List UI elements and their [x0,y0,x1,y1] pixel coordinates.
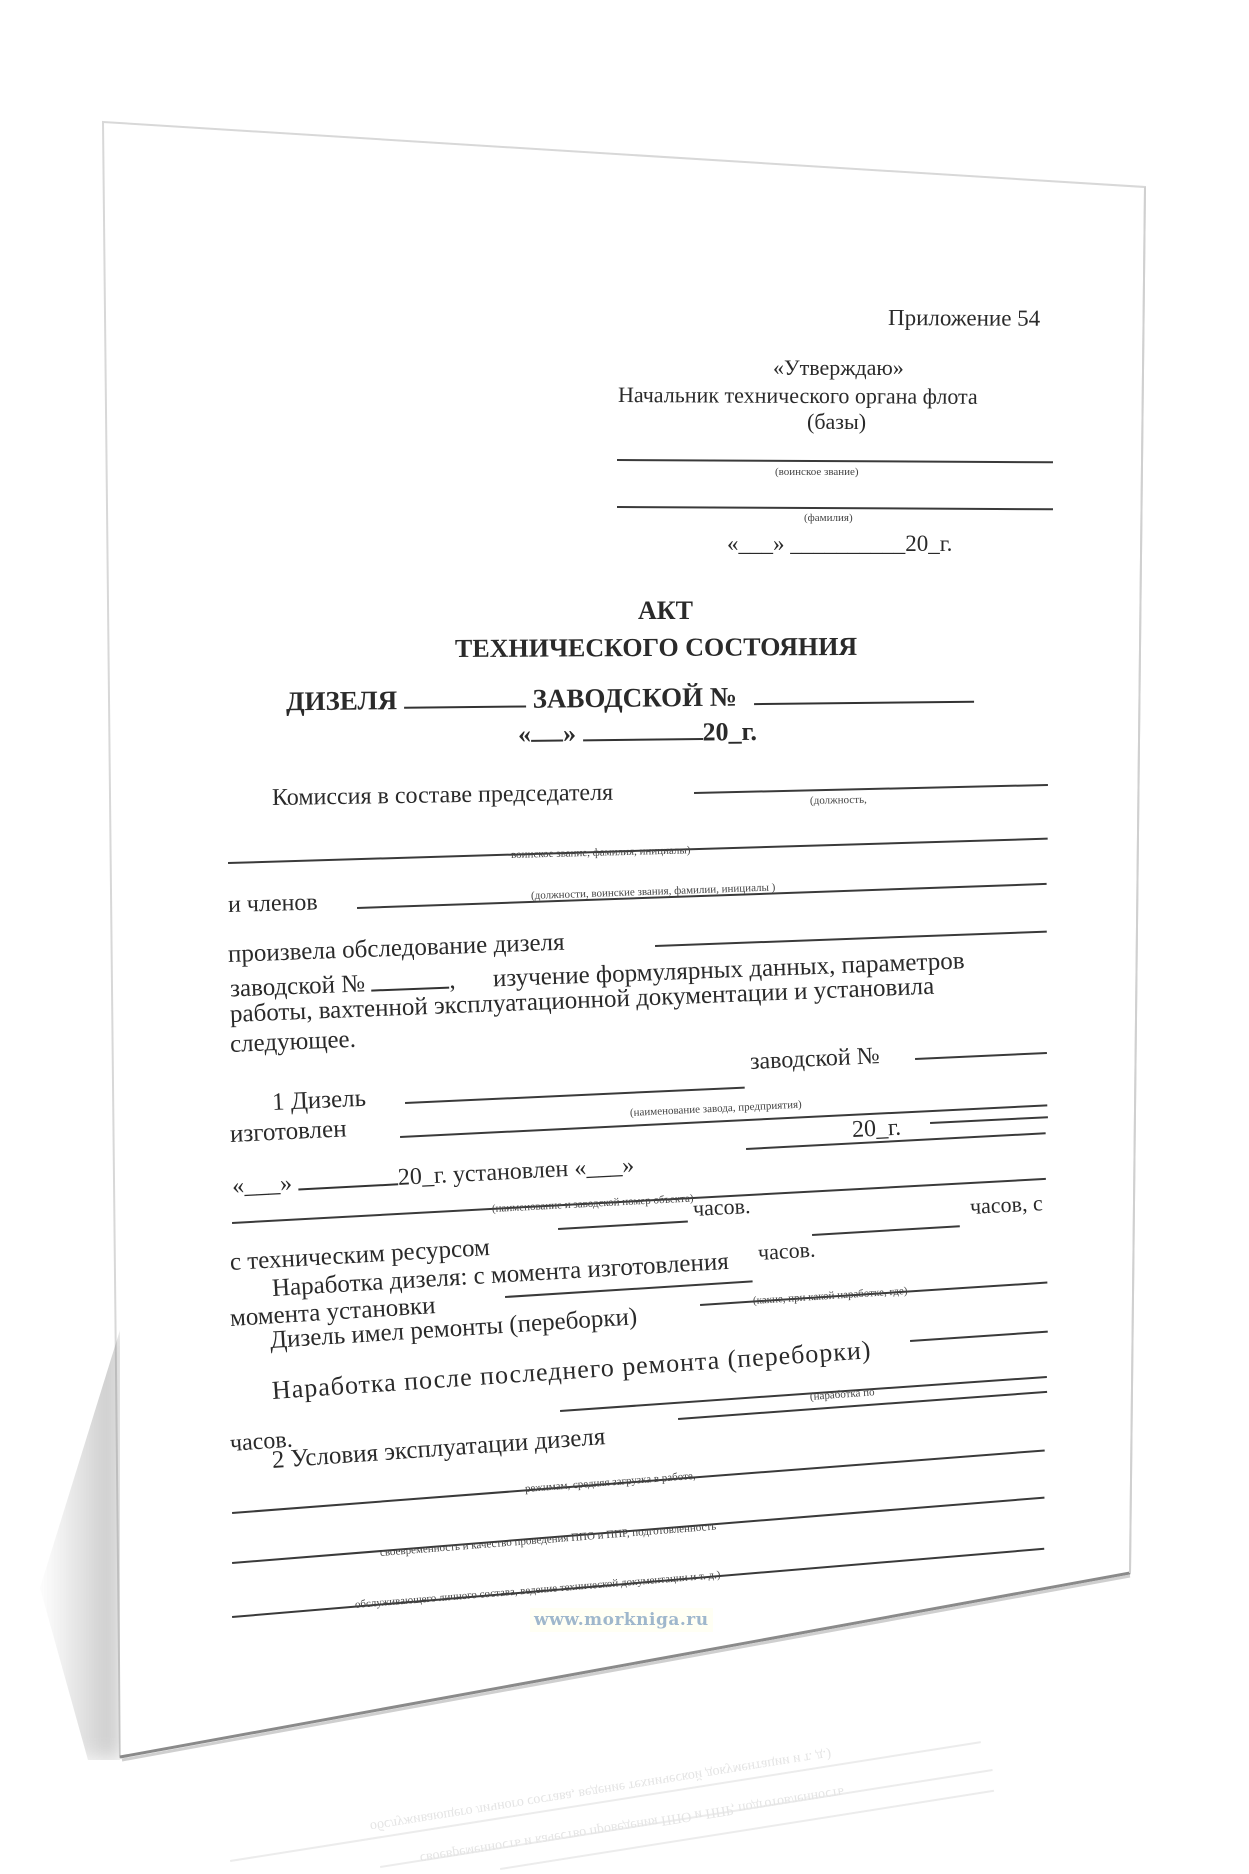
hours-from-text: часов, с [969,1192,1043,1218]
factory-no-field[interactable] [753,677,973,706]
paper-outline [0,0,1249,1874]
factory-no-label: ЗАВОДСКОЙ № [532,682,737,714]
members-text: и членов [228,890,318,916]
factory-no-body-field[interactable] [371,964,450,991]
doc-title-act: АКТ [638,598,693,624]
rank-caption: (воинское звание) [775,467,859,478]
approval-date: «___» __________20_г. [727,532,952,555]
position-caption: (должность, [810,795,867,807]
approver-position: Начальник технического органа флота [618,384,978,408]
doc-title-date: «» 20_г. [518,714,757,747]
hours2-text: часов. [757,1239,816,1264]
appendix-label: Приложение 54 [888,306,1040,330]
watermark[interactable]: www.morkniga.ru [530,1608,713,1632]
approver-position-base: (базы) [807,411,866,433]
document-sheet: Приложение 54 «Утверждаю» Начальник техн… [0,0,1249,1874]
hours-text: часов. [692,1195,751,1220]
install-month-field[interactable] [297,1161,398,1190]
commission-text: Комиссия в составе председателя [272,781,613,810]
diesel-label: ДИЗЕЛЯ [286,685,397,716]
approve-heading: «Утверждаю» [773,357,904,379]
diesel-type-field[interactable] [404,681,526,709]
following-text: следующее. [229,1027,356,1057]
month-field[interactable] [582,715,702,742]
day-field[interactable] [531,717,563,743]
diesel-item-text: 1 Дизель [271,1086,366,1115]
made-text: изготовлен [229,1116,347,1147]
surname-caption: (фамилия) [804,513,853,524]
year-text: 20_г. [851,1116,901,1142]
factory-no2-text: заводской № [749,1044,880,1074]
doc-title-state: ТЕХНИЧЕСКОГО СОСТОЯНИЯ [455,634,857,662]
